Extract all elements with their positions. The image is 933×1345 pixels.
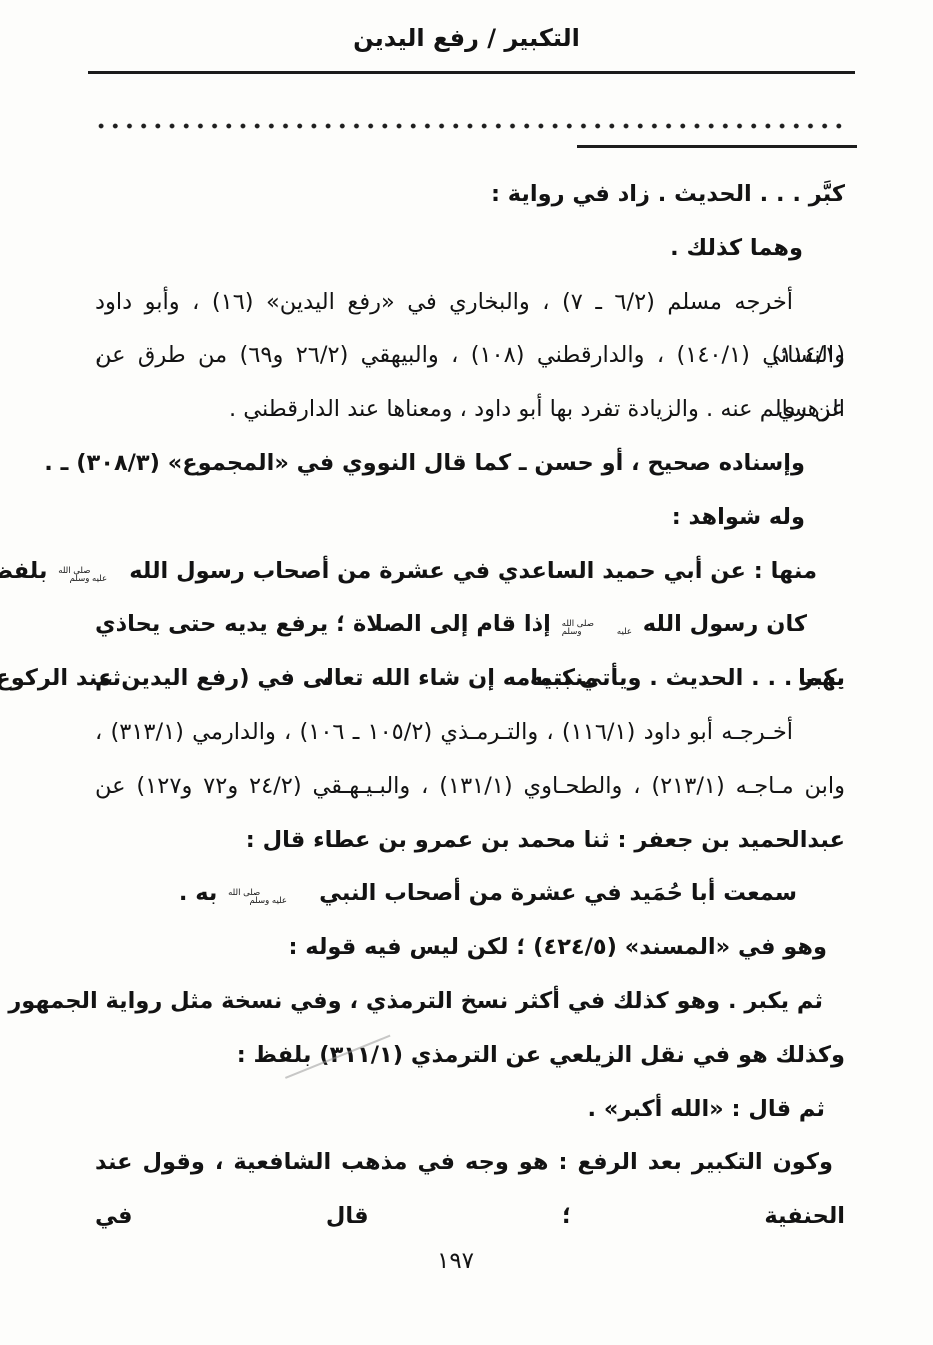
salawat-symbol: صلى اللهعليه وسلم (562, 620, 632, 636)
text-line: وإسناده صحيح ، أو حسن ـ كما قال النووي ف… (95, 437, 845, 491)
salawat-symbol: صلى اللهعليه وسلم (58, 567, 118, 583)
text-line: وكذلك هو في نقل الزيلعي عن الترمذي (٣١١/… (95, 1029, 845, 1083)
text-line: كان رسول الله صلى اللهعليه وسلم إذا قام … (95, 598, 845, 652)
text-line: ثم قال : «الله أكبر» . (95, 1083, 845, 1137)
text-line: والنسائي (١٤٠/١) ، والدارقطني (١٠٨) ، وا… (95, 329, 845, 383)
salawat-symbol: صلى اللهعليه وسلم (228, 889, 308, 905)
text-line: أخـرجـه أبو داود (١١٦/١) ، والتـرمـذي (١… (95, 706, 845, 760)
page-header-title: التكبير / رفع اليدين (0, 24, 933, 52)
page-number: ١٩٧ (0, 1248, 911, 1274)
book-page: التكبير / رفع اليدين كبَّر . . . الحديث … (0, 0, 933, 1345)
text-line: عبدالحميد بن جعفر : ثنا محمد بن عمرو بن … (95, 814, 845, 868)
text-line: وهما كذلك . (95, 222, 845, 276)
text-line: وكون التكبير بعد الرفع : هو وجه في مذهب … (95, 1136, 845, 1190)
header-rule (88, 71, 855, 74)
text-line: كبَّر . . . الحديث . زاد في رواية : (95, 168, 845, 222)
ellipsis-dots-separator (94, 121, 848, 131)
text-line: ثم يكبر . وهو كذلك في أكثر نسخ الترمذي ،… (95, 975, 845, 1029)
text-line: وله شواهد : (95, 491, 845, 545)
text-line: أخرجه مسلم (٦/٢ ـ ٧) ، والبخاري في «رفع … (95, 276, 845, 330)
text-line: وابن مـاجـه (٢١٣/١) ، والطحـاوي (١٣١/١) … (95, 760, 845, 814)
text-block: كبَّر . . . الحديث . زاد في رواية :وهما … (95, 168, 845, 1190)
text-line: عن سالم عنه . والزيادة تفرد بها أبو داود… (95, 383, 845, 437)
text-line: سمعت أبا حُمَيد في عشرة من أصحاب النبي ص… (95, 867, 845, 921)
section-rule (577, 145, 857, 148)
text-line: وهو في «المسند» (٤٢٤/٥) ؛ لكن ليس فيه قو… (95, 921, 845, 975)
text-line: منها : عن أبي حميد الساعدي في عشرة من أص… (95, 545, 845, 599)
